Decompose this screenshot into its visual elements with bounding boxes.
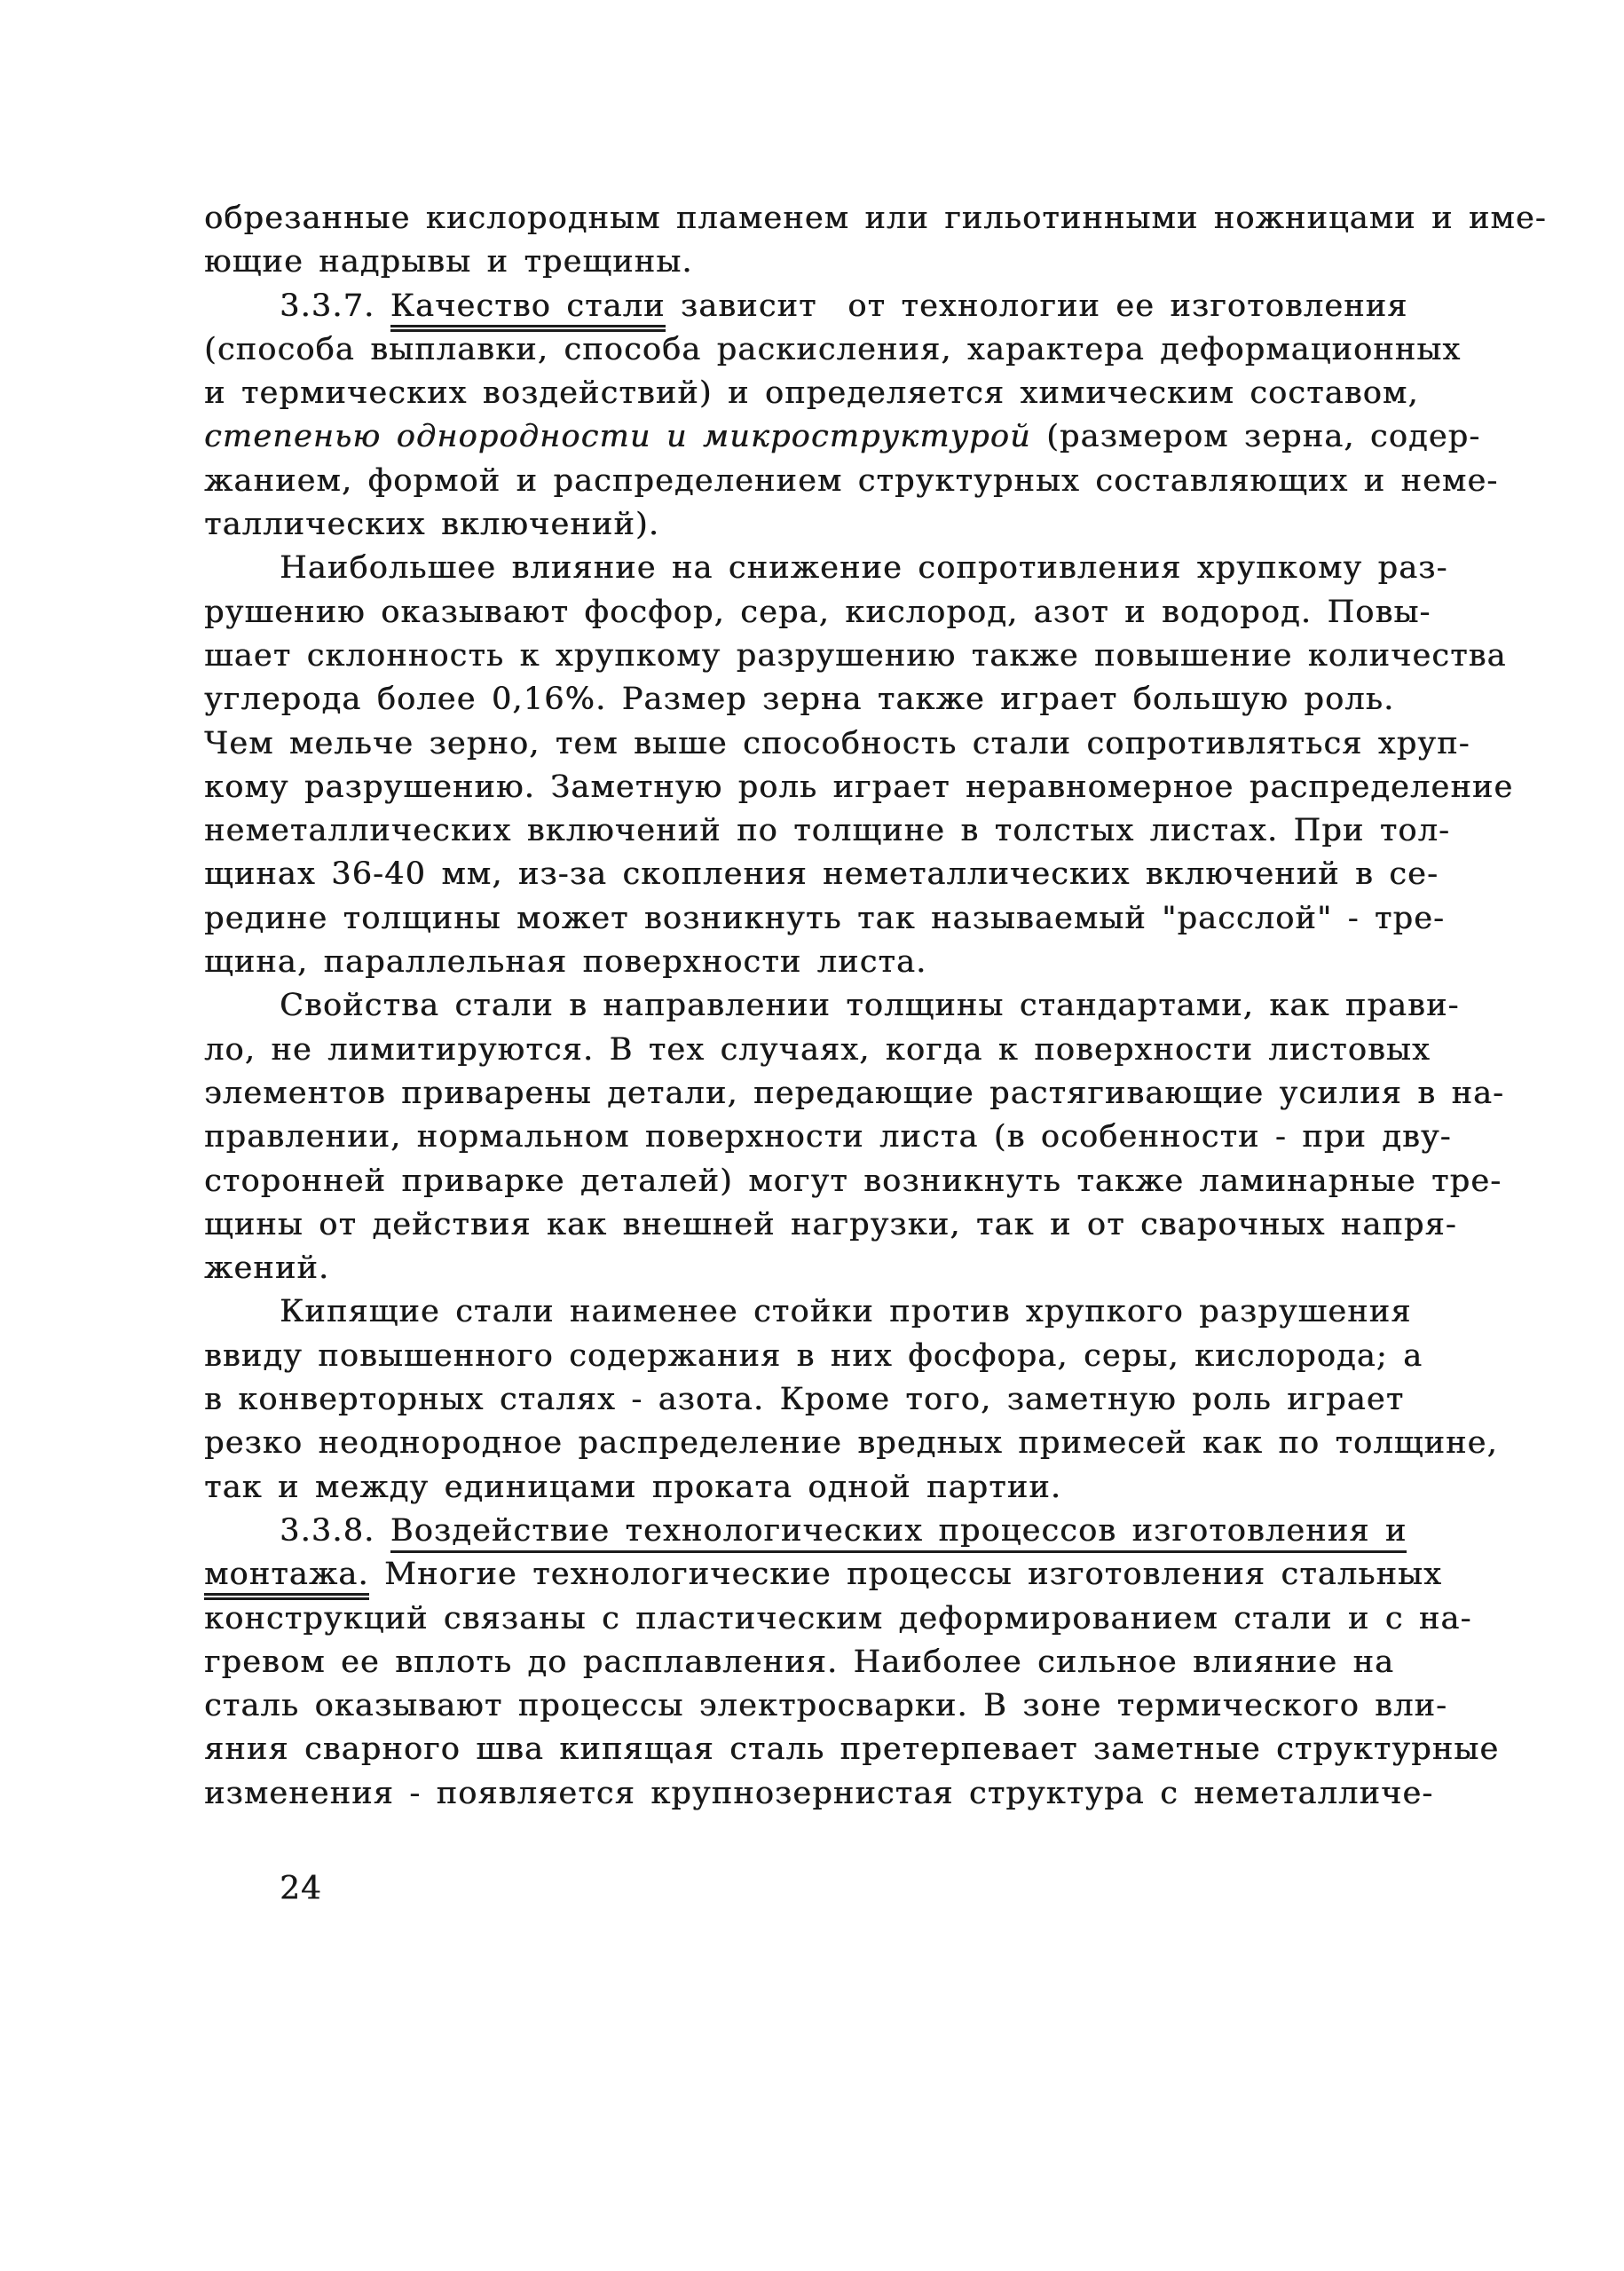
text-segment: 3.3.8. xyxy=(280,1513,390,1549)
text-segment: углерода более 0,16%. Размер зерна также… xyxy=(204,682,1394,717)
text-segment-italic: степенью однородности и микроструктурой xyxy=(204,419,1031,454)
text-segment: рушению оказывают фосфор, сера, кислород… xyxy=(204,595,1431,630)
text-segment: ло, не лимитируются. В тех случаях, когд… xyxy=(204,1032,1431,1068)
text-line: Чем мельче зерно, тем выше способность с… xyxy=(204,722,1464,766)
text-line: правлении, нормальном поверхности листа … xyxy=(204,1116,1464,1159)
text-segment: 3.3.7. xyxy=(280,288,390,324)
text-line: 3.3.7. Качество стали зависит от техноло… xyxy=(204,285,1464,328)
text-line: кому разрушению. Заметную роль играет не… xyxy=(204,766,1464,809)
text-segment: щина, параллельная поверхности листа. xyxy=(204,944,926,980)
text-line: степенью однородности и микроструктурой … xyxy=(204,415,1464,459)
page-number: 24 xyxy=(280,1871,322,1907)
text-segment: ввиду повышенного содержания в них фосфо… xyxy=(204,1338,1423,1374)
text-line: ввиду повышенного содержания в них фосфо… xyxy=(204,1335,1464,1378)
text-line: жанием, формой и распределением структур… xyxy=(204,460,1464,503)
text-segment: Свойства стали в направлении толщины ста… xyxy=(280,988,1460,1023)
text-segment: конструкций связаны с пластическим дефор… xyxy=(204,1601,1471,1636)
text-segment: сторонней приварке деталей) могут возник… xyxy=(204,1163,1502,1199)
text-segment-underline-double: монтажа. xyxy=(204,1557,369,1600)
text-segment: яния сварного шва кипящая сталь претерпе… xyxy=(204,1731,1499,1767)
text-segment: обрезанные кислородным пламенем или гиль… xyxy=(204,201,1547,236)
text-segment: шает склонность к хрупкому разрушению та… xyxy=(204,638,1507,674)
text-line: сталь оказывают процессы электросварки. … xyxy=(204,1684,1464,1728)
text-segment: неметаллических включений по толщине в т… xyxy=(204,813,1450,848)
text-segment: и термических воздействий) и определяетс… xyxy=(204,375,1419,411)
text-line: Кипящие стали наименее стойки против хру… xyxy=(204,1290,1464,1334)
text-segment: зависит от технологии ее изготовления xyxy=(666,288,1408,324)
text-segment: щины от действия как внешней нагрузки, т… xyxy=(204,1207,1457,1242)
document-page: обрезанные кислородным пламенем или гиль… xyxy=(0,0,1624,2271)
text-segment: щинах 36-40 мм, из-за скопления неметалл… xyxy=(204,856,1439,892)
text-segment: изменения - появляется крупнозернистая с… xyxy=(204,1776,1433,1811)
text-segment: Кипящие стали наименее стойки против хру… xyxy=(280,1294,1412,1329)
text-segment: таллических включений). xyxy=(204,507,659,542)
text-segment: в конверторных сталях - азота. Кроме тог… xyxy=(204,1382,1404,1417)
text-line: Свойства стали в направлении толщины ста… xyxy=(204,984,1464,1028)
text-segment: кому разрушению. Заметную роль играет не… xyxy=(204,769,1513,805)
text-line: изменения - появляется крупнозернистая с… xyxy=(204,1772,1464,1816)
text-line: шает склонность к хрупкому разрушению та… xyxy=(204,635,1464,678)
text-line: так и между единицами проката одной парт… xyxy=(204,1466,1464,1510)
text-line: щинах 36-40 мм, из-за скопления неметалл… xyxy=(204,853,1464,896)
text-segment: редине толщины может возникнуть так назы… xyxy=(204,901,1445,936)
text-line: Наибольшее влияние на снижение сопротивл… xyxy=(204,547,1464,590)
text-line: сторонней приварке деталей) могут возник… xyxy=(204,1160,1464,1203)
text-line: резко неоднородное распределение вредных… xyxy=(204,1422,1464,1465)
text-segment: сталь оказывают процессы электросварки. … xyxy=(204,1688,1447,1723)
text-segment-underline-double: Качество стали xyxy=(390,288,666,332)
text-segment: ющие надрывы и трещины. xyxy=(204,244,693,280)
text-line: монтажа. Многие технологические процессы… xyxy=(204,1553,1464,1597)
text-line: (способа выплавки, способа раскисления, … xyxy=(204,328,1464,372)
text-segment: резко неоднородное распределение вредных… xyxy=(204,1425,1498,1461)
text-line: жений. xyxy=(204,1247,1464,1290)
text-line: в конверторных сталях - азота. Кроме тог… xyxy=(204,1378,1464,1422)
text-segment: элементов приварены детали, передающие р… xyxy=(204,1076,1504,1111)
text-line: и термических воздействий) и определяетс… xyxy=(204,372,1464,415)
text-line: неметаллических включений по толщине в т… xyxy=(204,809,1464,853)
text-segment: Чем мельче зерно, тем выше способность с… xyxy=(204,726,1470,761)
text-line: щины от действия как внешней нагрузки, т… xyxy=(204,1203,1464,1247)
text-segment: так и между единицами проката одной парт… xyxy=(204,1470,1061,1505)
text-line: элементов приварены детали, передающие р… xyxy=(204,1072,1464,1116)
text-line: обрезанные кислородным пламенем или гиль… xyxy=(204,197,1464,241)
text-segment: (размером зерна, содер- xyxy=(1031,419,1481,454)
text-line: 3.3.8. Воздействие технологических проце… xyxy=(204,1510,1464,1553)
text-line: щина, параллельная поверхности листа. xyxy=(204,941,1464,984)
text-line: гревом ее вплоть до расплавления. Наибол… xyxy=(204,1641,1464,1684)
text-lines: обрезанные кислородным пламенем или гиль… xyxy=(204,197,1464,1816)
text-segment: правлении, нормальном поверхности листа … xyxy=(204,1119,1452,1155)
text-segment-underline: Воздействие технологических процессов из… xyxy=(390,1513,1407,1553)
text-line: конструкций связаны с пластическим дефор… xyxy=(204,1597,1464,1641)
text-segment: Многие технологические процессы изготовл… xyxy=(369,1557,1442,1592)
text-line: яния сварного шва кипящая сталь претерпе… xyxy=(204,1728,1464,1771)
text-segment: (способа выплавки, способа раскисления, … xyxy=(204,332,1461,367)
text-line: таллических включений). xyxy=(204,503,1464,547)
text-line: ло, не лимитируются. В тех случаях, когд… xyxy=(204,1029,1464,1072)
text-segment: жений. xyxy=(204,1250,329,1286)
text-segment: Наибольшее влияние на снижение сопротивл… xyxy=(280,550,1447,586)
text-line: редине толщины может возникнуть так назы… xyxy=(204,897,1464,941)
text-segment: гревом ее вплоть до расплавления. Наибол… xyxy=(204,1644,1394,1680)
text-segment: жанием, формой и распределением структур… xyxy=(204,463,1498,499)
text-line: ющие надрывы и трещины. xyxy=(204,241,1464,284)
text-line: рушению оказывают фосфор, сера, кислород… xyxy=(204,591,1464,635)
text-line: углерода более 0,16%. Размер зерна также… xyxy=(204,678,1464,722)
